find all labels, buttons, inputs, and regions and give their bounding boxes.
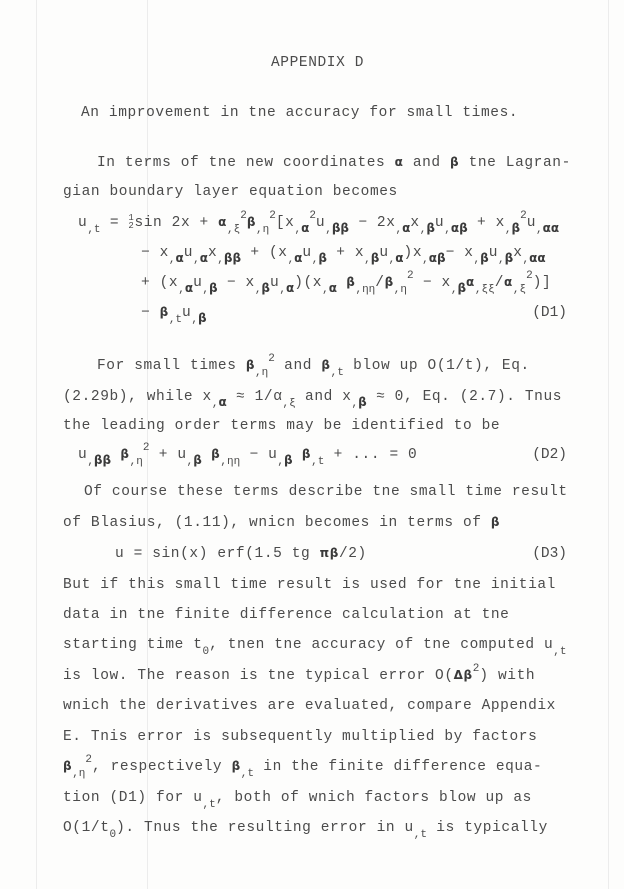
paragraph-line: starting time t0, tnen tne accuracy of t… — [63, 637, 567, 653]
equation-d2: u,ββ β,η2 + u,β β,ηη − u,β β,t + ... = 0 — [78, 447, 417, 463]
paragraph-line: tion (D1) for u,t, both of wnich factors… — [63, 790, 532, 806]
page-fold-line — [608, 0, 609, 889]
paragraph-line: gian boundary layer equation becomes — [63, 184, 398, 200]
equation-number-d3: (D3) — [532, 546, 567, 562]
equation-d1-line3: + (x,αu,β − x,βu,α)(x,α β,ηη/β,η2 − x,βα… — [141, 275, 551, 291]
paragraph-line: O(1/t0). Tnus the resulting error in u,t… — [63, 820, 548, 836]
equation-number-d1: (D1) — [532, 305, 567, 321]
equation-number-d2: (D2) — [532, 447, 567, 463]
paragraph-line: wnich the derivatives are evaluated, com… — [63, 698, 556, 714]
equation-d3: u = sin(x) erf(1.5 tg πβ/2) — [115, 546, 367, 562]
paragraph-line: E. Tnis error is subsequently multiplied… — [63, 729, 537, 745]
paragraph-line: Of course these terms describe tne small… — [84, 484, 568, 500]
paragraph-line: is low. The reason is tne typical error … — [63, 668, 535, 684]
paragraph-line: But if this small time result is used fo… — [63, 577, 556, 593]
equation-d1-line2: − x,αu,αx,ββ + (x,αu,β + x,βu,α)x,αβ− x,… — [141, 245, 546, 261]
equation-d1-line1: u,t = 12sin 2x + α,ξ2β,η2[x,α2u,ββ − 2x,… — [78, 214, 559, 231]
paragraph-line: β,η2, respectively β,t in the finite dif… — [63, 759, 542, 775]
paragraph-line: the leading order terms may be identifie… — [63, 418, 500, 434]
section-subtitle: An improvement in tne accuracy for small… — [81, 105, 518, 121]
page-fold-line — [36, 0, 37, 889]
paragraph-line: In terms of tne new coordinates α and β … — [97, 155, 571, 171]
paragraph-line: For small times β,η2 and β,t blow up O(1… — [97, 358, 530, 374]
paragraph-line: data in tne finite difference calculatio… — [63, 607, 509, 623]
paragraph-line: of Blasius, (1.11), wnicn becomes in ter… — [63, 515, 500, 531]
paragraph-line: (2.29b), while x,α ≈ 1/α,ξ and x,β ≈ 0, … — [63, 389, 562, 405]
equation-d1-line4: − β,tu,β — [141, 305, 207, 321]
appendix-title: APPENDIX D — [271, 55, 364, 71]
